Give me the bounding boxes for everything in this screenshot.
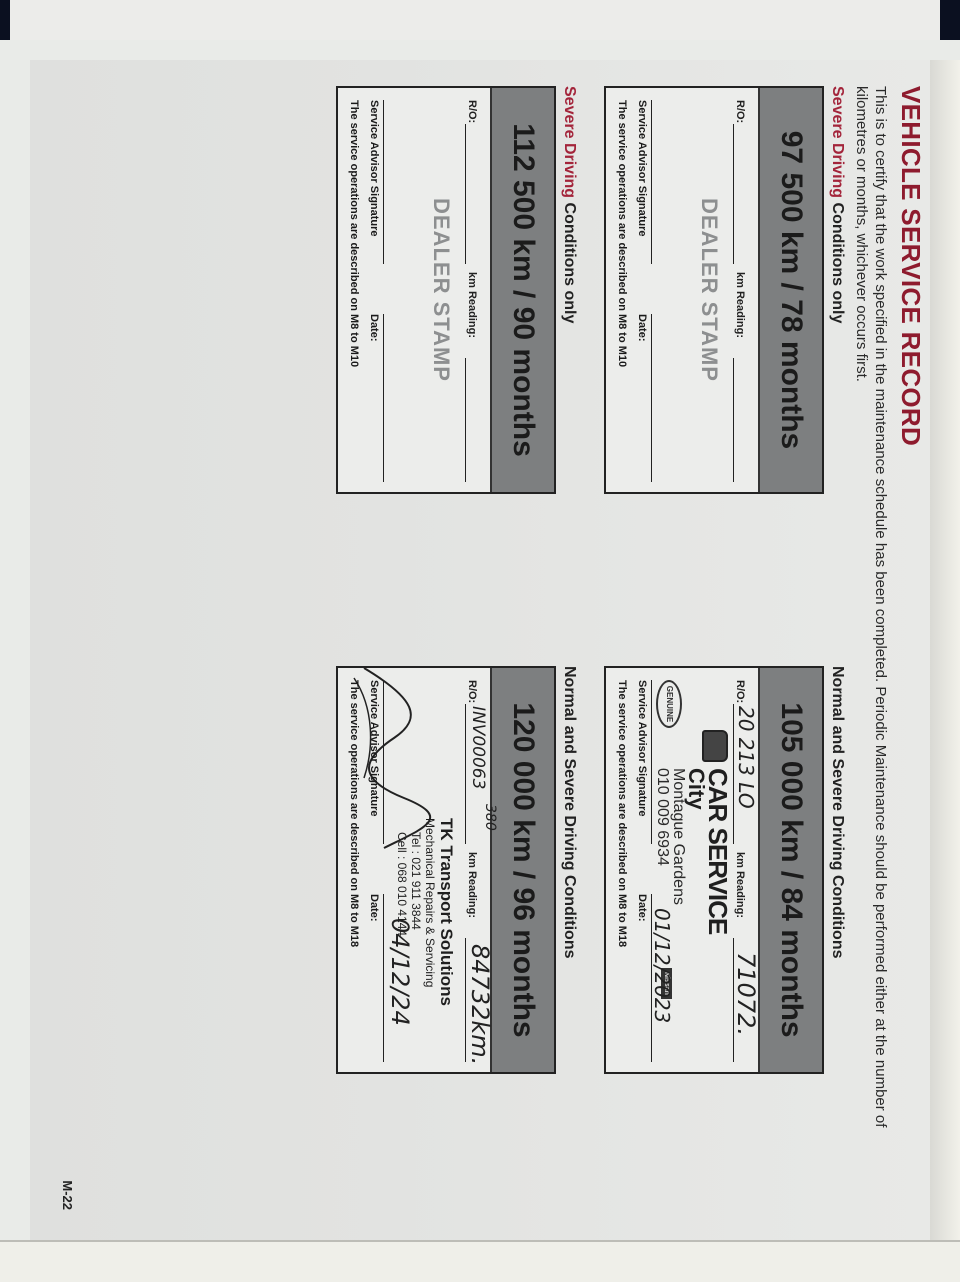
- service-record-card-112500: 112 500 km / 90 months R/O: km Reading: …: [336, 86, 556, 494]
- date-value: 04/12/24: [386, 918, 414, 1026]
- signature-field[interactable]: [383, 100, 384, 264]
- km-reading-field[interactable]: [465, 358, 466, 482]
- ro-label: R/O:: [466, 680, 478, 703]
- km-reading-value: 71072.: [732, 952, 760, 1036]
- ro-label: R/O:: [466, 100, 478, 123]
- km-reading-label: km Reading:: [466, 272, 478, 338]
- interval-heading: 97 500 km / 78 months: [758, 88, 822, 492]
- ro-value: 20 213 LO: [734, 706, 758, 809]
- signature-label: Service Advisor Signature: [368, 100, 380, 237]
- dealer-stamp-placeholder: DEALER STAMP: [428, 88, 454, 492]
- interval-heading: 120 000 km / 96 months: [490, 668, 554, 1072]
- signature-field[interactable]: [383, 680, 384, 844]
- page-number: M-22: [60, 1180, 75, 1210]
- ro-label: R/O:: [734, 100, 746, 123]
- interval-heading: 105 000 km / 84 months: [758, 668, 822, 1072]
- condition-rest: Conditions only: [829, 198, 846, 323]
- ro-label: R/O:: [734, 680, 746, 703]
- intro-text: This is to certify that the work specifi…: [852, 86, 890, 1186]
- condition-label-1: Severe Driving Conditions only: [828, 86, 846, 323]
- ro-field[interactable]: [465, 124, 466, 264]
- date-field[interactable]: [651, 314, 652, 482]
- genuine-parts-logo-icon: GENUINE: [656, 680, 682, 728]
- service-record-card-97500: 97 500 km / 78 months R/O: km Reading: D…: [604, 86, 824, 494]
- dealer-stamp-placeholder: DEALER STAMP: [696, 88, 722, 492]
- date-label: Date:: [368, 894, 380, 922]
- date-field[interactable]: [383, 894, 384, 1062]
- footnote: The service operations are described on …: [616, 100, 628, 367]
- stamp-line-1: TK Transport Solutions: [437, 818, 456, 1006]
- book-page-edge: [930, 60, 960, 1282]
- condition-label-3: Normal and Severe Driving Conditions: [828, 666, 846, 959]
- signature-field[interactable]: [651, 680, 652, 844]
- page-title: VEHICLE SERVICE RECORD: [895, 86, 926, 446]
- ro-field[interactable]: [733, 124, 734, 264]
- car-icon: [702, 730, 728, 762]
- book-page-bottom-edge: [0, 1240, 960, 1282]
- service-record-card-105000: 105 000 km / 84 months R/O: 20 213 LO km…: [604, 666, 824, 1074]
- km-reading-label: km Reading:: [734, 852, 746, 918]
- ro-extra-value: 380: [482, 804, 498, 831]
- ro-value: INV00063: [468, 706, 488, 789]
- date-label: Date:: [636, 314, 648, 342]
- date-value: 01/12/2023: [650, 908, 674, 1023]
- signature-label: Service Advisor Signature: [636, 100, 648, 237]
- km-reading-label: km Reading:: [466, 852, 478, 918]
- date-field[interactable]: [383, 314, 384, 482]
- date-label: Date:: [636, 894, 648, 922]
- ro-field[interactable]: [465, 704, 466, 844]
- km-reading-label: km Reading:: [734, 272, 746, 338]
- severe-highlight: Severe Driving: [561, 86, 578, 198]
- condition-label-2: Severe Driving Conditions only: [560, 86, 578, 323]
- footnote: The service operations are described on …: [348, 680, 360, 947]
- signature-label: Service Advisor Signature: [636, 680, 648, 817]
- km-reading-field[interactable]: [733, 358, 734, 482]
- km-reading-value: 84732km.: [466, 944, 494, 1065]
- service-record-page: VEHICLE SERVICE RECORD This is to certif…: [30, 60, 930, 1240]
- stamp-line-1: CAR SERVICE: [706, 768, 730, 934]
- severe-highlight: Severe Driving: [829, 86, 846, 198]
- footnote: The service operations are described on …: [348, 100, 360, 367]
- interval-heading: 112 500 km / 90 months: [490, 88, 554, 492]
- signature-label: Service Advisor Signature: [368, 680, 380, 817]
- date-label: Date:: [368, 314, 380, 342]
- footnote: The service operations are described on …: [616, 680, 628, 947]
- condition-rest: Conditions only: [561, 198, 578, 323]
- condition-label-4: Normal and Severe Driving Conditions: [560, 666, 578, 959]
- service-record-card-120000: 120 000 km / 96 months R/O: INV00063 380…: [336, 666, 556, 1074]
- signature-field[interactable]: [651, 100, 652, 264]
